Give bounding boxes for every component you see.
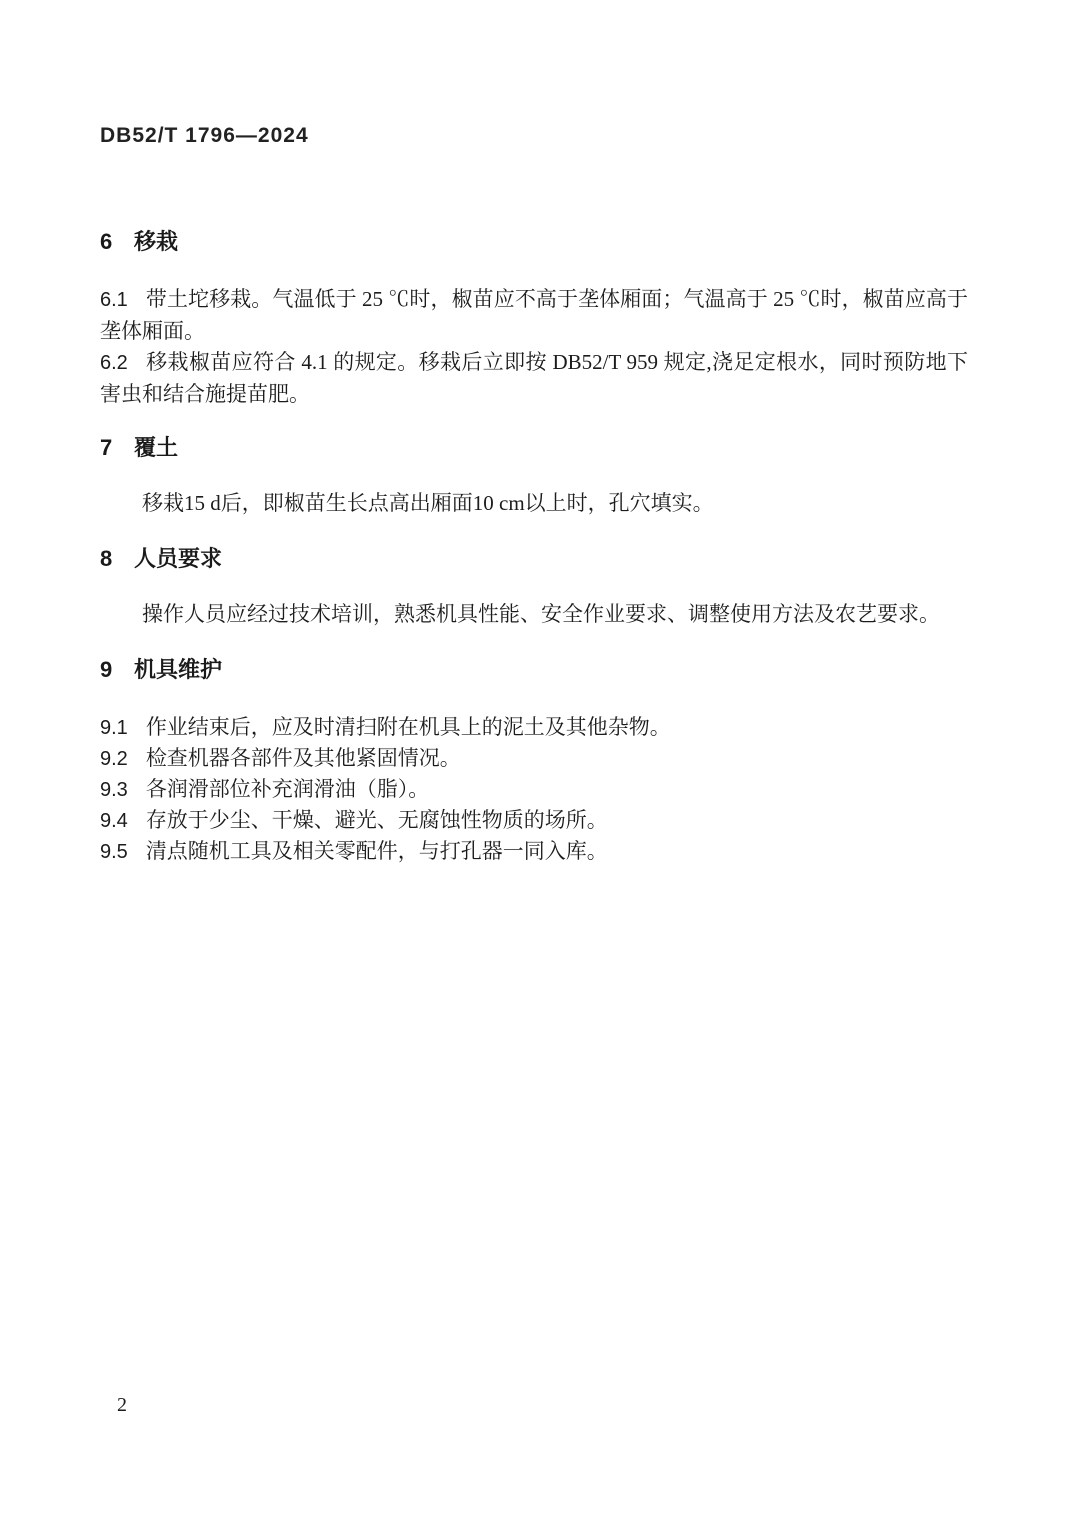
clause-9-2: 9.2检查机器各部件及其他紧固情况。 bbox=[100, 743, 968, 774]
section-7-title: 覆土 bbox=[134, 435, 178, 460]
clause-6-2: 6.2移栽椒苗应符合 4.1 的规定。移栽后立即按 DB52/T 959 规定,… bbox=[100, 347, 968, 410]
clause-6-1-text: 带土坨移栽。气温低于 25 ℃时，椒苗应不高于垄体厢面；气温高于 25 ℃时，椒… bbox=[100, 287, 968, 343]
clause-9-4-text: 存放于少尘、干燥、避光、无腐蚀性物质的场所。 bbox=[146, 808, 608, 832]
section-8-heading: 8人员要求 bbox=[100, 545, 968, 573]
section-9-heading: 9机具维护 bbox=[100, 656, 968, 684]
clause-9-3-number: 9.3 bbox=[100, 779, 128, 801]
section-8-number: 8 bbox=[100, 545, 114, 573]
section-8-paragraph: 操作人员应经过技术培训，熟悉机具性能、安全作业要求、调整使用方法及农艺要求。 bbox=[100, 599, 968, 630]
section-9-title: 机具维护 bbox=[134, 657, 222, 682]
section-7-number: 7 bbox=[100, 434, 114, 462]
document-number: DB52/T 1796—2024 bbox=[100, 124, 309, 148]
section-7-paragraph: 移栽15 d后，即椒苗生长点高出厢面10 cm以上时，孔穴填实。 bbox=[100, 488, 968, 519]
clause-9-3-text: 各润滑部位补充润滑油（脂）。 bbox=[146, 777, 430, 801]
clause-9-4: 9.4存放于少尘、干燥、避光、无腐蚀性物质的场所。 bbox=[100, 805, 968, 836]
clause-6-2-number: 6.2 bbox=[100, 352, 128, 374]
clause-6-2-text: 移栽椒苗应符合 4.1 的规定。移栽后立即按 DB52/T 959 规定,浇足定… bbox=[100, 350, 968, 406]
clause-9-5-text: 清点随机工具及相关零配件，与打孔器一同入库。 bbox=[146, 839, 608, 863]
clause-6-1-number: 6.1 bbox=[100, 289, 128, 311]
document-body: 6移栽 6.1带土坨移栽。气温低于 25 ℃时，椒苗应不高于垄体厢面；气温高于 … bbox=[100, 228, 968, 867]
clause-9-3: 9.3各润滑部位补充润滑油（脂）。 bbox=[100, 774, 968, 805]
clause-9-5-number: 9.5 bbox=[100, 841, 128, 863]
clause-9-1: 9.1作业结束后，应及时清扫附在机具上的泥土及其他杂物。 bbox=[100, 712, 968, 743]
section-9-number: 9 bbox=[100, 656, 114, 684]
clause-9-1-number: 9.1 bbox=[100, 717, 128, 739]
clause-9-4-number: 9.4 bbox=[100, 810, 128, 832]
section-6-number: 6 bbox=[100, 228, 114, 256]
document-page: DB52/T 1796—2024 6移栽 6.1带土坨移栽。气温低于 25 ℃时… bbox=[0, 0, 1074, 1520]
clause-6-1: 6.1带土坨移栽。气温低于 25 ℃时，椒苗应不高于垄体厢面；气温高于 25 ℃… bbox=[100, 284, 968, 347]
clause-9-2-text: 检查机器各部件及其他紧固情况。 bbox=[146, 746, 461, 770]
section-6-heading: 6移栽 bbox=[100, 228, 968, 256]
clause-9-5: 9.5清点随机工具及相关零配件，与打孔器一同入库。 bbox=[100, 836, 968, 867]
section-8-title: 人员要求 bbox=[134, 546, 222, 571]
clause-9-1-text: 作业结束后，应及时清扫附在机具上的泥土及其他杂物。 bbox=[146, 715, 671, 739]
clause-9-2-number: 9.2 bbox=[100, 748, 128, 770]
section-7-heading: 7覆土 bbox=[100, 434, 968, 462]
page-number: 2 bbox=[117, 1394, 127, 1417]
section-6-title: 移栽 bbox=[134, 229, 178, 254]
